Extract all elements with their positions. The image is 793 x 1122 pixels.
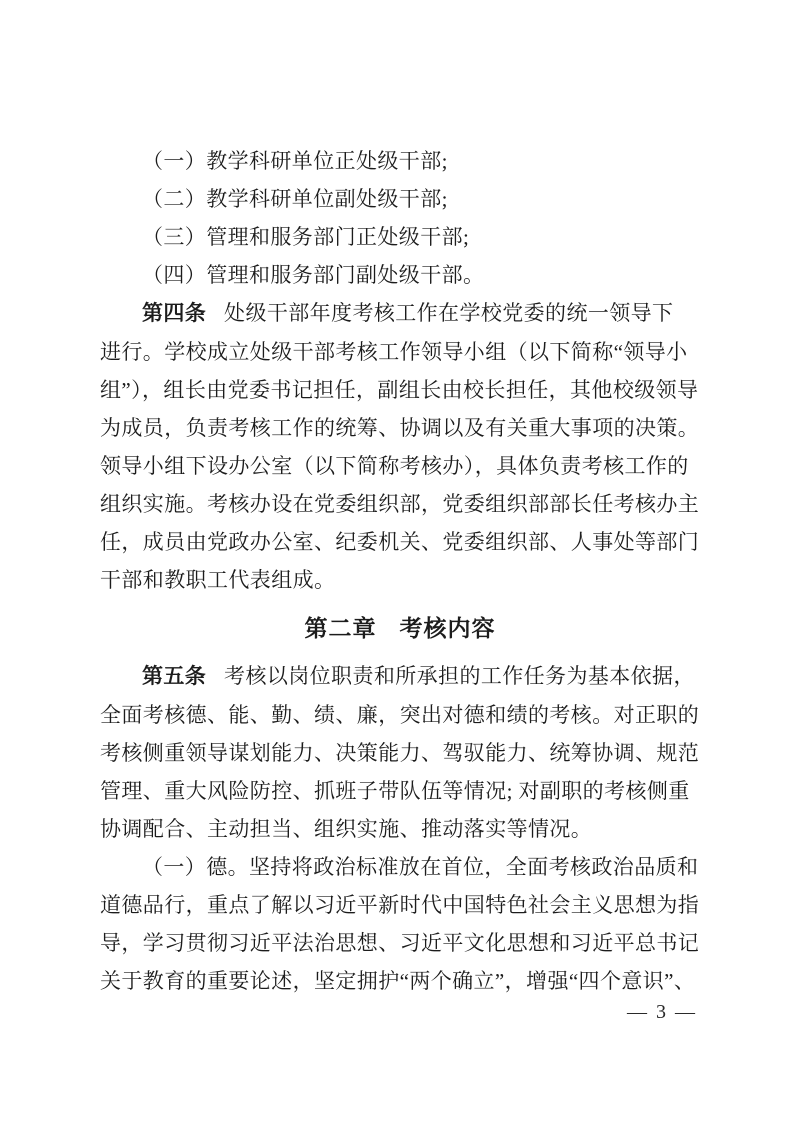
document-body: （一）教学科研单位正处级干部; （二）教学科研单位副处级干部; （三）管理和服务… xyxy=(100,142,700,1000)
list-item-line: （四）管理和服务部门副处级干部。 xyxy=(100,256,700,294)
paragraph-line: 领导小组下设办公室（以下简称考核办），具体负责考核工作的 xyxy=(100,447,700,485)
paragraph-line: 组”），组长由党委书记担任，副组长由校长担任，其他校级领导 xyxy=(100,371,700,409)
chapter-label: 第二章 xyxy=(305,615,377,641)
paragraph-line: 为成员，负责考核工作的统筹、协调以及有关重大事项的决策。 xyxy=(100,409,700,447)
document-page: （一）教学科研单位正处级干部; （二）教学科研单位副处级干部; （三）管理和服务… xyxy=(0,0,793,1122)
paragraph-line: 导，学习贯彻习近平法治思想、习近平文化思想和习近平总书记 xyxy=(100,924,700,962)
paragraph-line: 任，成员由党政办公室、纪委机关、党委组织部、人事处等部门 xyxy=(100,523,700,561)
paragraph-line: 组织实施。考核办设在党委组织部，党委组织部部长任考核办主 xyxy=(100,485,700,523)
article4-first-line: 第四条处级干部年度考核工作在学校党委的统一领导下 xyxy=(100,294,700,333)
article5-first-text: 考核以岗位职责和所承担的工作任务为基本依据， xyxy=(224,664,695,688)
page-number: — 3 — xyxy=(627,1001,697,1024)
paragraph-line: 进行。学校成立处级干部考核工作领导小组（以下简称“领导小 xyxy=(100,333,700,371)
article5-label: 第五条 xyxy=(142,665,206,688)
article5-first-line: 第五条考核以岗位职责和所承担的工作任务为基本依据， xyxy=(100,657,700,696)
list-item-line: （三）管理和服务部门正处级干部; xyxy=(100,218,700,256)
item-de-first-line: （一）德。坚持将政治标准放在首位，全面考核政治品质和 xyxy=(100,848,700,886)
paragraph-line: 道德品行，重点了解以习近平新时代中国特色社会主义思想为指 xyxy=(100,886,700,924)
list-item-line: （一）教学科研单位正处级干部; xyxy=(100,142,700,180)
article4-label: 第四条 xyxy=(142,302,206,325)
paragraph-line: 全面考核德、能、勤、绩、廉，突出对德和绩的考核。对正职的 xyxy=(100,696,700,734)
chapter-title: 考核内容 xyxy=(400,615,496,641)
paragraph-line: 管理、重大风险防控、抓班子带队伍等情况; 对副职的考核侧重 xyxy=(100,772,700,810)
paragraph-line: 干部和教职工代表组成。 xyxy=(100,561,700,599)
paragraph-line: 协调配合、主动担当、组织实施、推动落实等情况。 xyxy=(100,810,700,848)
list-item-line: （二）教学科研单位副处级干部; xyxy=(100,180,700,218)
paragraph-line: 关于教育的重要论述，坚定拥护“两个确立”，增强“四个意识”、 xyxy=(100,962,700,1000)
paragraph-line: 考核侧重领导谋划能力、决策能力、驾驭能力、统筹协调、规范 xyxy=(100,734,700,772)
chapter-heading: 第二章考核内容 xyxy=(100,608,700,648)
article4-first-text: 处级干部年度考核工作在学校党委的统一领导下 xyxy=(224,301,673,325)
